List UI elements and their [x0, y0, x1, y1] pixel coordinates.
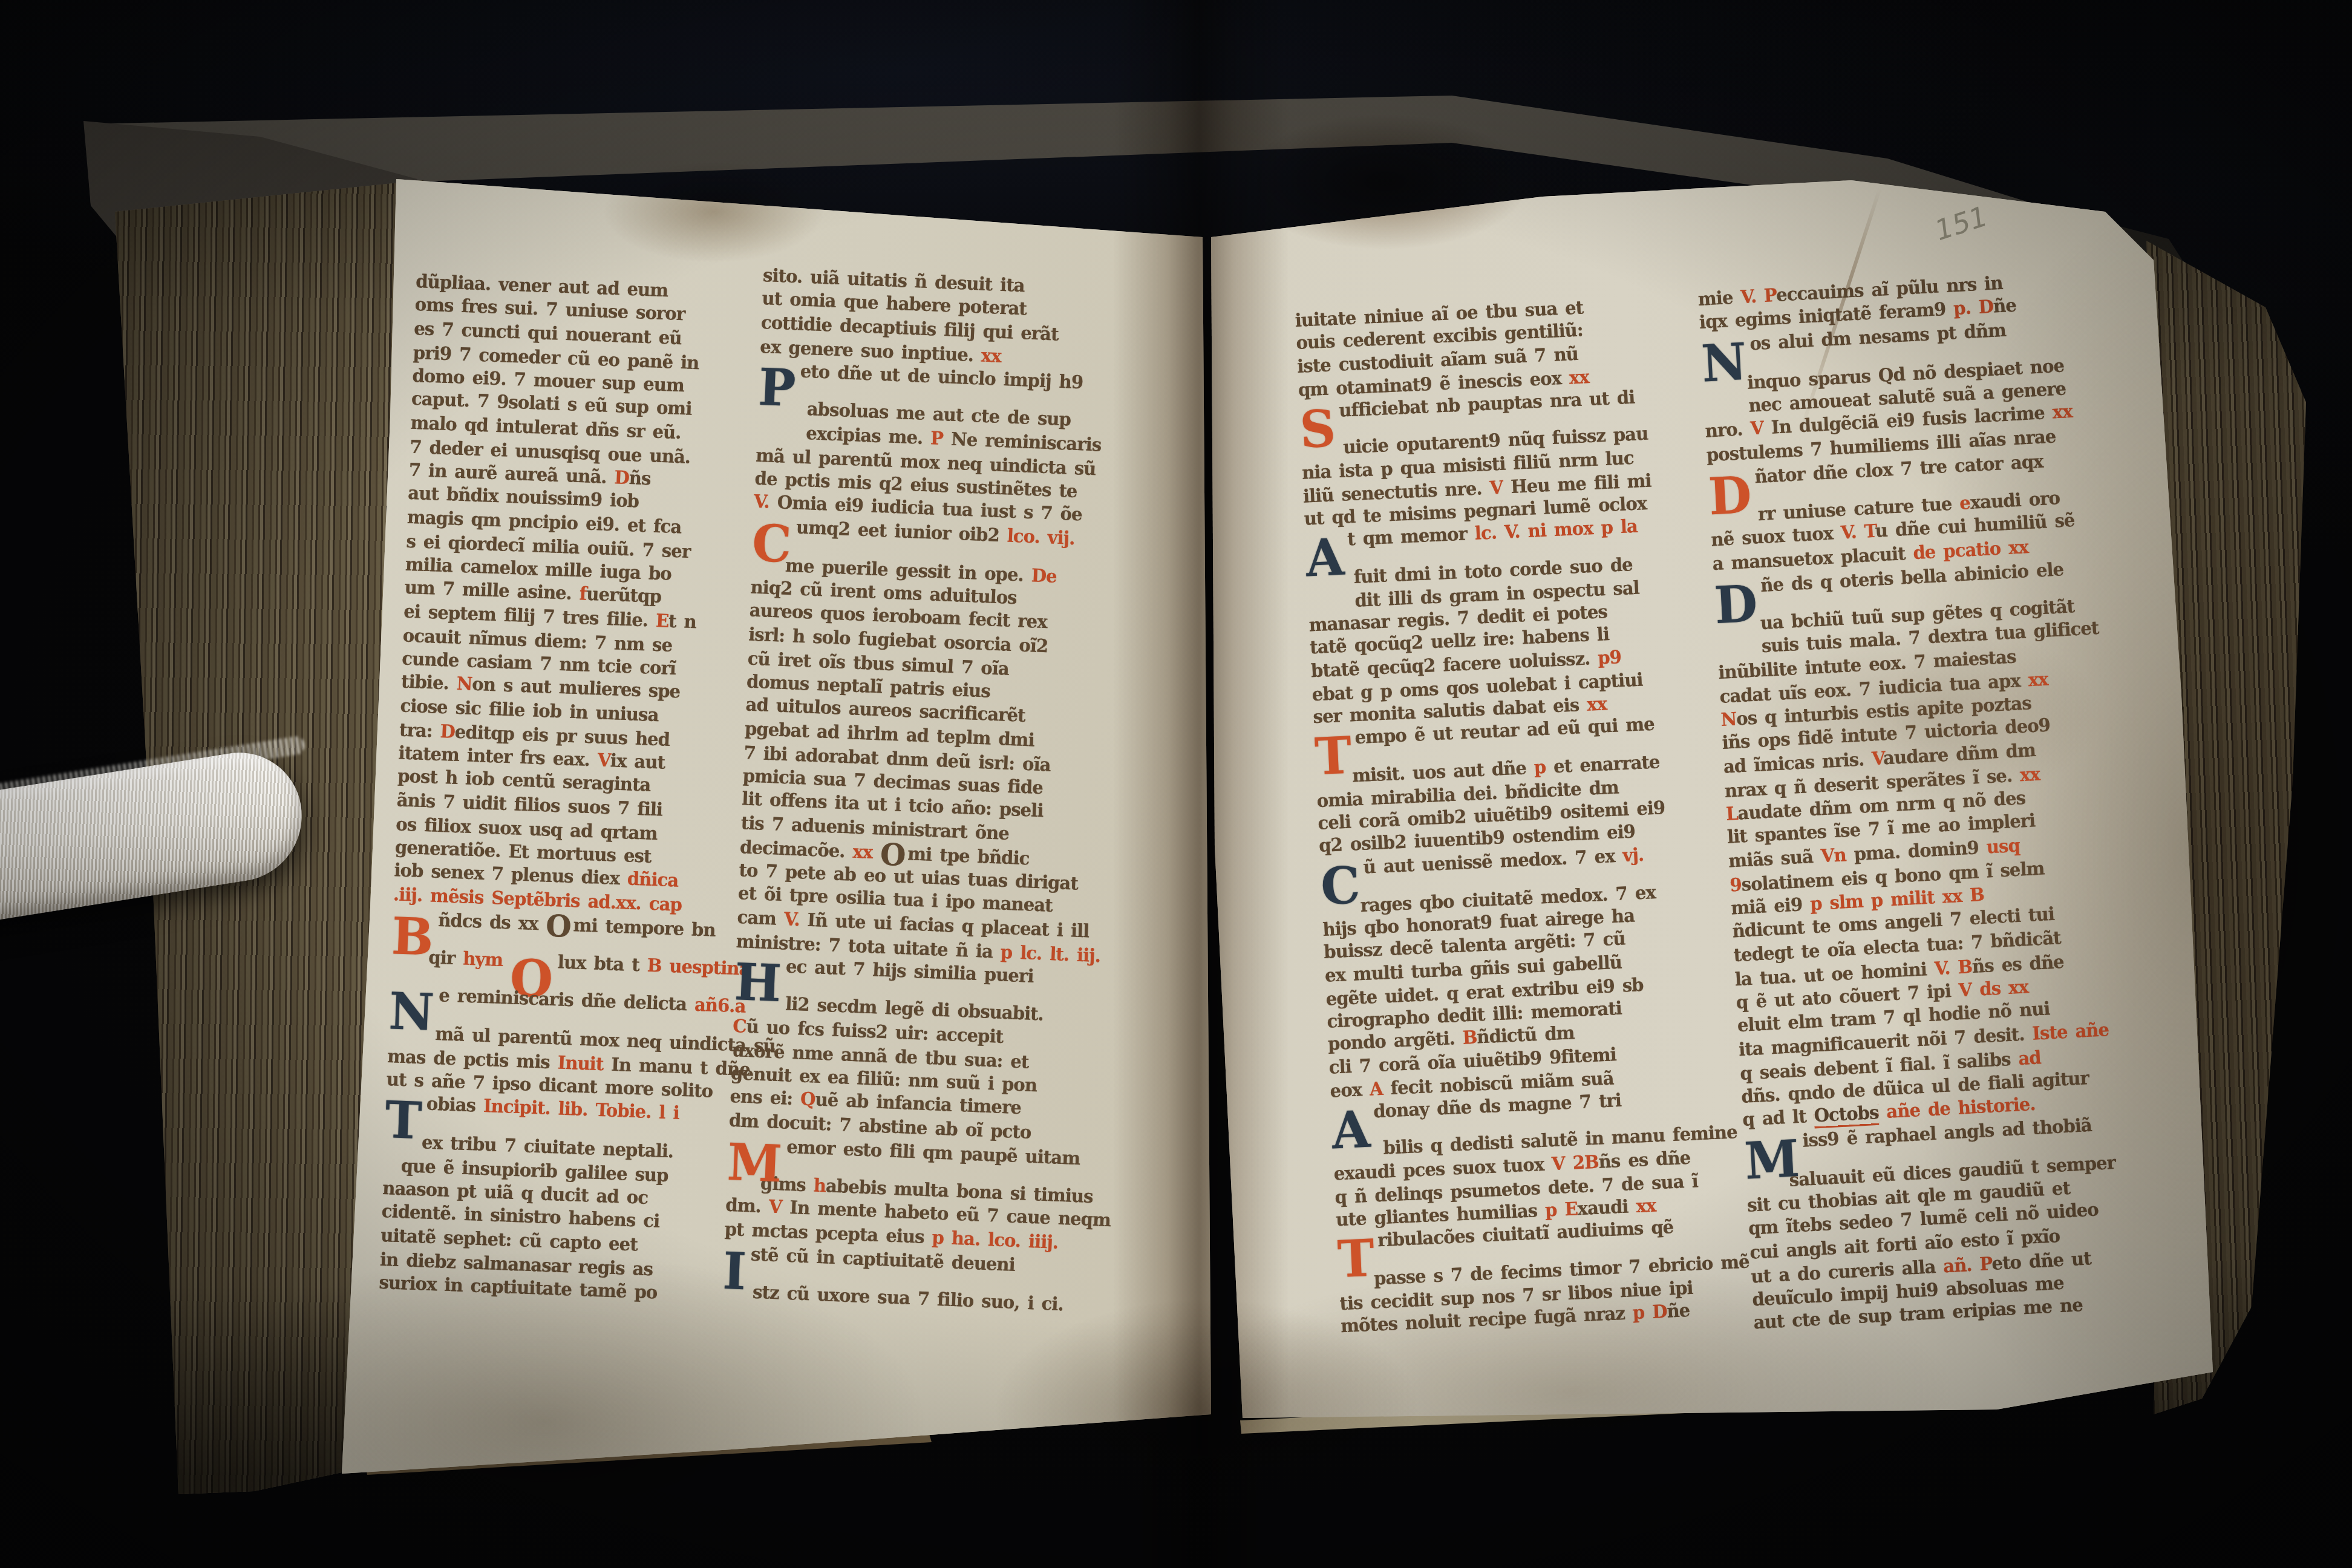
photograph-medieval-manuscript: { "scene": { "subject": "Open medieval p… — [0, 0, 2352, 1568]
photo-vignette — [0, 0, 2352, 1568]
